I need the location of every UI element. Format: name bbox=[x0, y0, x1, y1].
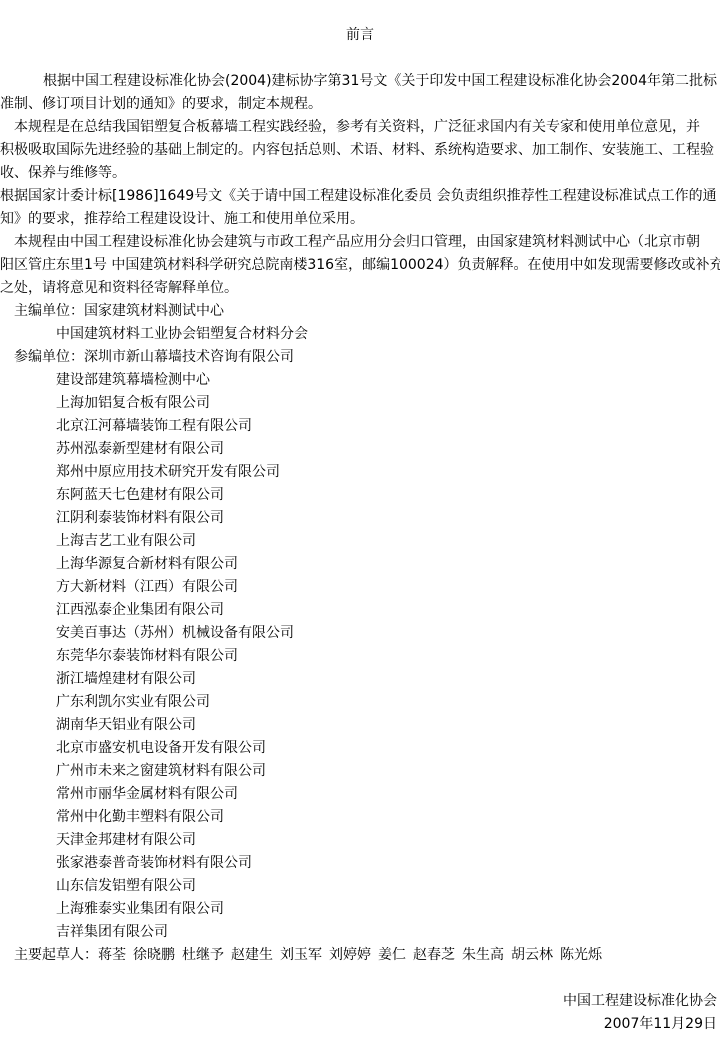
participating-unit: 浙江墙煌建材有限公司 bbox=[0, 668, 720, 691]
participating-unit: 湖南华天铝业有限公司 bbox=[0, 714, 720, 737]
paragraph-4-line-1: 本规程由中国工程建设标准化协会建筑与市政工程产品应用分会归口管理，由国家建筑材料… bbox=[0, 231, 720, 254]
participating-unit: 东莞华尔泰装饰材料有限公司 bbox=[0, 645, 720, 668]
page-title: 前言 bbox=[0, 24, 720, 47]
chief-editor-line: 主编单位：国家建筑材料测试中心 bbox=[0, 300, 720, 323]
paragraph-2-line-1: 本规程是在总结我国铝塑复合板幕墙工程实践经验，参考有关资料，广泛征求国内有关专家… bbox=[0, 116, 720, 139]
foreword-page: 前言 根据中国工程建设标准化协会(2004)建标协字第31号文《关于印发中国工程… bbox=[0, 0, 720, 1036]
participating-unit: 江西泓泰企业集团有限公司 bbox=[0, 599, 720, 622]
chief-editor-unit: 中国建筑材料工业协会铝塑复合材料分会 bbox=[0, 323, 720, 346]
paragraph-1-line-1: 根据中国工程建设标准化协会(2004)建标协字第31号文《关于印发中国工程建设标… bbox=[0, 70, 720, 93]
participating-units-label: 参编单位： bbox=[14, 349, 84, 365]
participating-unit: 建设部建筑幕墙检测中心 bbox=[0, 369, 720, 392]
participating-unit: 江阴利泰装饰材料有限公司 bbox=[0, 507, 720, 530]
participating-unit: 深圳市新山幕墙技术咨询有限公司 bbox=[84, 349, 294, 365]
participating-units-line: 参编单位：深圳市新山幕墙技术咨询有限公司 bbox=[0, 346, 720, 369]
paragraph-2-line-2: 积极吸取国际先进经验的基础上制定的。内容包括总则、术语、材料、系统构造要求、加工… bbox=[0, 139, 720, 162]
drafter-name: 赵春芝 bbox=[413, 947, 455, 963]
participating-unit: 上海吉艺工业有限公司 bbox=[0, 530, 720, 553]
participating-unit: 安美百事达（苏州）机械设备有限公司 bbox=[0, 622, 720, 645]
participating-unit: 东阿蓝天七色建材有限公司 bbox=[0, 484, 720, 507]
participating-unit: 郑州中原应用技术研究开发有限公司 bbox=[0, 461, 720, 484]
participating-unit: 北京江河幕墙装饰工程有限公司 bbox=[0, 415, 720, 438]
participating-unit: 张家港泰普奇装饰材料有限公司 bbox=[0, 852, 720, 875]
issue-date: 2007年11月29日 bbox=[0, 1013, 720, 1036]
paragraph-4-line-2: 阳区管庄东里1号 中国建筑材料科学研究总院南楼316室，邮编100024）负责解… bbox=[0, 254, 720, 277]
paragraph-4-line-3: 之处，请将意见和资料径寄解释单位。 bbox=[0, 277, 720, 300]
chief-editor-label: 主编单位： bbox=[14, 303, 84, 319]
paragraph-2-line-3: 收、保养与维修等。 bbox=[0, 162, 720, 185]
drafter-name: 蒋荃 bbox=[98, 947, 126, 963]
chief-editor-unit: 国家建筑材料测试中心 bbox=[84, 303, 224, 319]
drafter-name: 刘婷婷 bbox=[329, 947, 371, 963]
drafters-label: 主要起草人： bbox=[14, 947, 98, 963]
paragraph-3-line-1: 根据国家计委计标[1986]1649号文《关于请中国工程建设标准化委员 会负责组… bbox=[0, 185, 720, 208]
drafter-name: 刘玉军 bbox=[280, 947, 322, 963]
participating-unit: 广州市未来之窗建筑材料有限公司 bbox=[0, 760, 720, 783]
drafter-name: 姜仁 bbox=[378, 947, 406, 963]
spacer bbox=[0, 47, 720, 70]
participating-unit: 常州市丽华金属材料有限公司 bbox=[0, 783, 720, 806]
drafter-name: 杜继予 bbox=[182, 947, 224, 963]
participating-unit: 北京市盛安机电设备开发有限公司 bbox=[0, 737, 720, 760]
participating-unit: 常州中化勤丰塑料有限公司 bbox=[0, 806, 720, 829]
drafter-name: 朱生高 bbox=[462, 947, 504, 963]
drafter-name: 赵建生 bbox=[231, 947, 273, 963]
participating-unit: 上海加铝复合板有限公司 bbox=[0, 392, 720, 415]
participating-unit: 广东利凯尔实业有限公司 bbox=[0, 691, 720, 714]
issuing-organization: 中国工程建设标准化协会 bbox=[0, 990, 720, 1013]
participating-unit: 苏州泓泰新型建材有限公司 bbox=[0, 438, 720, 461]
participating-unit: 天津金邦建材有限公司 bbox=[0, 829, 720, 852]
participating-unit: 吉祥集团有限公司 bbox=[0, 921, 720, 944]
participating-unit: 上海华源复合新材料有限公司 bbox=[0, 553, 720, 576]
paragraph-3-line-2: 知》的要求，推荐给工程建设设计、施工和使用单位采用。 bbox=[0, 208, 720, 231]
drafters-line: 主要起草人：蒋荃徐晓鹏杜继予赵建生刘玉军刘婷婷姜仁赵春芝朱生高胡云林陈光烁 bbox=[0, 944, 720, 967]
participating-unit: 方大新材料（江西）有限公司 bbox=[0, 576, 720, 599]
drafter-name: 徐晓鹏 bbox=[133, 947, 175, 963]
spacer bbox=[0, 967, 720, 990]
drafter-name: 胡云林 bbox=[511, 947, 553, 963]
participating-unit: 上海雅泰实业集团有限公司 bbox=[0, 898, 720, 921]
drafter-name: 陈光烁 bbox=[560, 947, 602, 963]
participating-unit: 山东信发铝塑有限公司 bbox=[0, 875, 720, 898]
paragraph-1-line-2: 准制、修订项目计划的通知》的要求，制定本规程。 bbox=[0, 93, 720, 116]
